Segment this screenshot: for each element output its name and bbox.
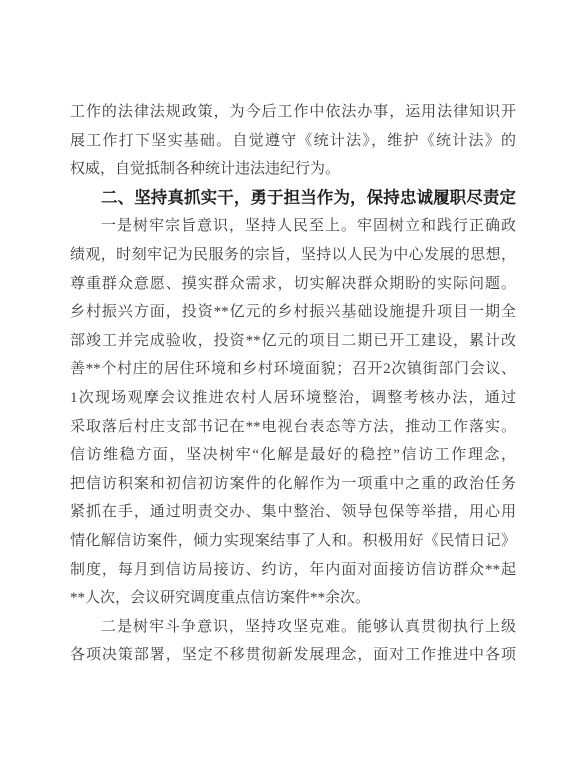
doc-line: 采取落后村庄支部书记在**电视台表态等方法，推动工作落实。 <box>70 413 516 442</box>
doc-line: 乡村振兴方面，投资**亿元的乡村振兴基础设施提升项目一期全 <box>70 298 516 327</box>
doc-line: 绩观，时刻牢记为民服务的宗旨，坚持以人民为中心发展的思想， <box>70 241 516 270</box>
doc-line: 紧抓在手，通过明责交办、集中整治、领导包保等举措，用心用 <box>70 498 516 527</box>
doc-line: 一是树牢宗旨意识，坚持人民至上。牢固树立和践行正确政 <box>70 212 516 241</box>
doc-line: 权威，自觉抵制各种统计违法违纪行为。 <box>70 155 516 184</box>
doc-line: 尊重群众意愿、摸实群众需求，切实解决群众期盼的实际问题。 <box>70 270 516 299</box>
doc-line: 部竣工并完成验收，投资**亿元的项目二期已开工建设，累计改 <box>70 327 516 356</box>
doc-line: 工作的法律法规政策，为今后工作中依法办事，运用法律知识开 <box>70 98 516 127</box>
text-block: 工作的法律法规政策，为今后工作中依法办事，运用法律知识开 展工作打下坚实基础。自… <box>70 98 516 670</box>
doc-line: 情化解信访案件，倾力实现案结事了人和。积极用好《民情日记》 <box>70 527 516 556</box>
section-heading: 二、坚持真抓实干，勇于担当作为，保持忠诚履职尽责定力 <box>70 184 516 213</box>
doc-line: 把信访积案和初信初访案件的化解作为一项重中之重的政治任务 <box>70 470 516 499</box>
doc-line: 展工作打下坚实基础。自觉遵守《统计法》，维护《统计法》的 <box>70 127 516 156</box>
doc-line: 善**个村庄的居住环境和乡村环境面貌；召开2次镇街部门会议、 <box>70 355 516 384</box>
doc-line: 1次现场观摩会议推进农村人居环境整治，调整考核办法，通过 <box>70 384 516 413</box>
doc-line: 制度，每月到信访局接访、约访，年内面对面接访信访群众**起 <box>70 556 516 585</box>
document-page: 工作的法律法规政策，为今后工作中依法办事，运用法律知识开 展工作打下坚实基础。自… <box>0 0 586 759</box>
doc-line: **人次，会议研究调度重点信访案件**余次。 <box>70 584 516 613</box>
doc-line: 各项决策部署，坚定不移贯彻新发展理念，面对工作推进中各项 <box>70 641 516 670</box>
doc-line: 二是树牢斗争意识，坚持攻坚克难。能够认真贯彻执行上级 <box>70 613 516 642</box>
doc-line: 信访维稳方面，坚决树牢“化解是最好的稳控”信访工作理念， <box>70 441 516 470</box>
